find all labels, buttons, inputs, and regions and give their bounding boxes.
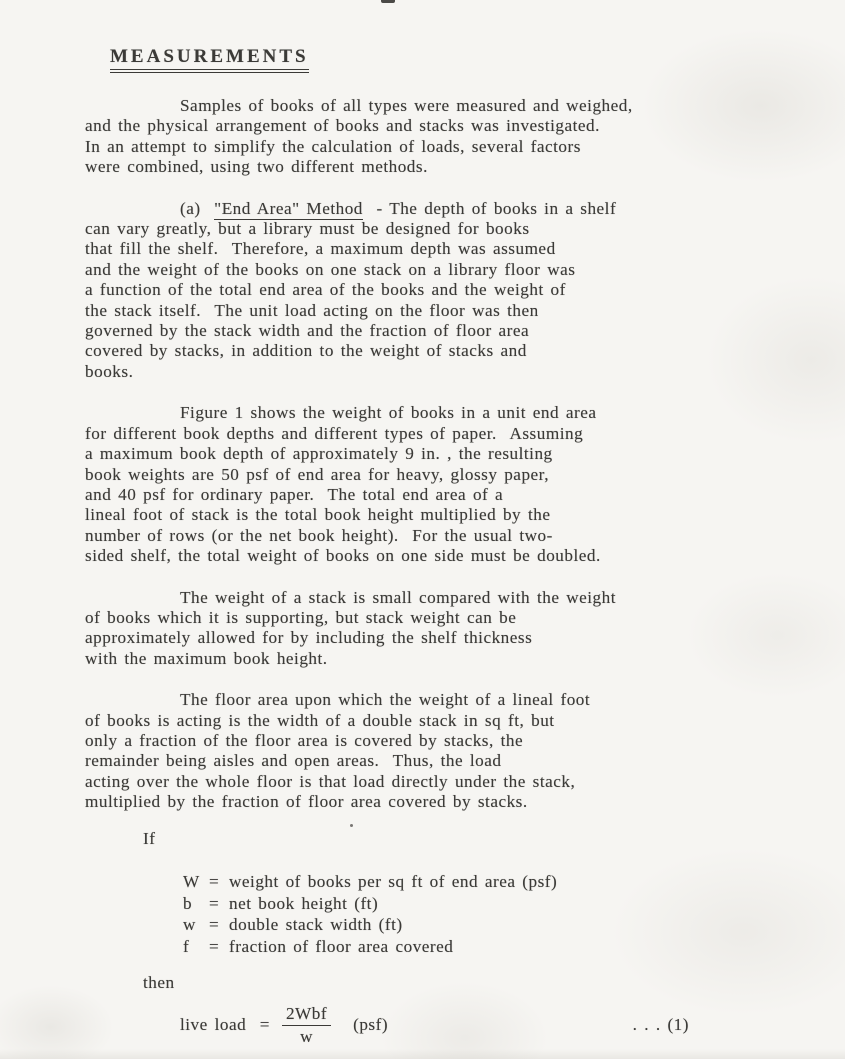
fraction: 2Wbf w: [282, 1004, 331, 1046]
paragraph-end-area-method: (a) "End Area" Method - The depth of boo…: [85, 199, 733, 383]
variable-description: double stack width (ft): [229, 914, 403, 936]
text-line: number of rows (or the net book height).…: [85, 526, 733, 546]
paragraph-figure1: Figure 1 shows the weight of books in a …: [85, 403, 733, 566]
equation-number: . . . (1): [633, 1015, 689, 1035]
text-line: Samples of books of all types were measu…: [85, 96, 733, 116]
section-heading: MEASUREMENTS: [110, 46, 733, 73]
text-line: The weight of a stack is small compared …: [85, 588, 733, 608]
fraction-denominator: w: [300, 1026, 313, 1046]
stray-mark: [350, 824, 353, 827]
definition-row: b=net book height (ft): [183, 893, 733, 915]
text-line: (a) "End Area" Method - The depth of boo…: [85, 199, 733, 219]
paragraph-lines: Figure 1 shows the weight of books in a …: [85, 403, 733, 566]
text-line: of books which it is supporting, but sta…: [85, 608, 733, 628]
text-line: book weights are 50 psf of end area for …: [85, 465, 733, 485]
equals-sign: =: [209, 936, 229, 958]
variable-definitions: W=weight of books per sq ft of end area …: [183, 871, 733, 958]
paragraph-floor-area: The floor area upon which the weight of …: [85, 690, 733, 812]
text-line: Figure 1 shows the weight of books in a …: [85, 403, 733, 423]
formula-unit: (psf): [353, 1015, 388, 1035]
text-line: multiplied by the fraction of floor area…: [85, 792, 733, 812]
text-line: can vary greatly, but a library must be …: [85, 219, 733, 239]
variable-symbol: w: [183, 914, 209, 936]
text-line: In an attempt to simplify the calculatio…: [85, 137, 733, 157]
paragraph-lines: Samples of books of all types were measu…: [85, 96, 733, 178]
definition-row: w=double stack width (ft): [183, 914, 733, 936]
text-line: and the weight of the books on one stack…: [85, 260, 733, 280]
page-number-partial: [381, 0, 395, 3]
if-label: If: [143, 829, 733, 849]
document-page: MEASUREMENTS Samples of books of all typ…: [0, 0, 845, 1059]
equals-sign: =: [209, 914, 229, 936]
text-line: and the physical arrangement of books an…: [85, 116, 733, 136]
variable-description: fraction of floor area covered: [229, 936, 453, 958]
paragraph-lines: The floor area upon which the weight of …: [85, 690, 733, 812]
paragraph-lines: The weight of a stack is small compared …: [85, 588, 733, 670]
page-content: MEASUREMENTS Samples of books of all typ…: [85, 46, 733, 1048]
text-line: governed by the stack width and the frac…: [85, 321, 733, 341]
equation-1: live load = 2Wbf w (psf) . . . (1): [180, 1002, 733, 1048]
text-line: were combined, using two different metho…: [85, 157, 733, 177]
formula-lhs: live load =: [180, 1015, 270, 1035]
list-marker: (a): [180, 199, 214, 218]
text-line: books.: [85, 362, 733, 382]
variable-symbol: b: [183, 893, 209, 915]
text-line: the stack itself. The unit load acting o…: [85, 301, 733, 321]
variable-description: net book height (ft): [229, 893, 378, 915]
text-line: approximately allowed for by including t…: [85, 628, 733, 648]
definition-row: W=weight of books per sq ft of end area …: [183, 871, 733, 893]
text-line: only a fraction of the floor area is cov…: [85, 731, 733, 751]
then-label: then: [143, 973, 733, 993]
paragraph-stack-weight: The weight of a stack is small compared …: [85, 588, 733, 670]
paragraph-intro: Samples of books of all types were measu…: [85, 96, 733, 178]
text-line: sided shelf, the total weight of books o…: [85, 546, 733, 566]
fraction-numerator: 2Wbf: [282, 1004, 331, 1026]
text-line: for different book depths and different …: [85, 424, 733, 444]
text-line: with the maximum book height.: [85, 649, 733, 669]
text-line: acting over the whole floor is that load…: [85, 772, 733, 792]
text-line: a function of the total end area of the …: [85, 280, 733, 300]
text-segment: - The depth of books in a shelf: [363, 199, 616, 218]
variable-description: weight of books per sq ft of end area (p…: [229, 871, 557, 893]
section-heading-text: MEASUREMENTS: [110, 46, 309, 73]
text-line: The floor area upon which the weight of …: [85, 690, 733, 710]
equals-sign: =: [209, 871, 229, 893]
definition-row: f=fraction of floor area covered: [183, 936, 733, 958]
text-line: remainder being aisles and open areas. T…: [85, 751, 733, 771]
text-line: a maximum book depth of approximately 9 …: [85, 444, 733, 464]
paragraph-lines: can vary greatly, but a library must be …: [85, 219, 733, 382]
text-line: and 40 psf for ordinary paper. The total…: [85, 485, 733, 505]
text-line: of books is acting is the width of a dou…: [85, 711, 733, 731]
equals-sign: =: [209, 893, 229, 915]
text-line: lineal foot of stack is the total book h…: [85, 505, 733, 525]
variable-symbol: W: [183, 871, 209, 893]
underlined-method-name: "End Area" Method: [214, 199, 363, 220]
text-line: covered by stacks, in addition to the we…: [85, 341, 733, 361]
variable-symbol: f: [183, 936, 209, 958]
text-line: that fill the shelf. Therefore, a maximu…: [85, 239, 733, 259]
